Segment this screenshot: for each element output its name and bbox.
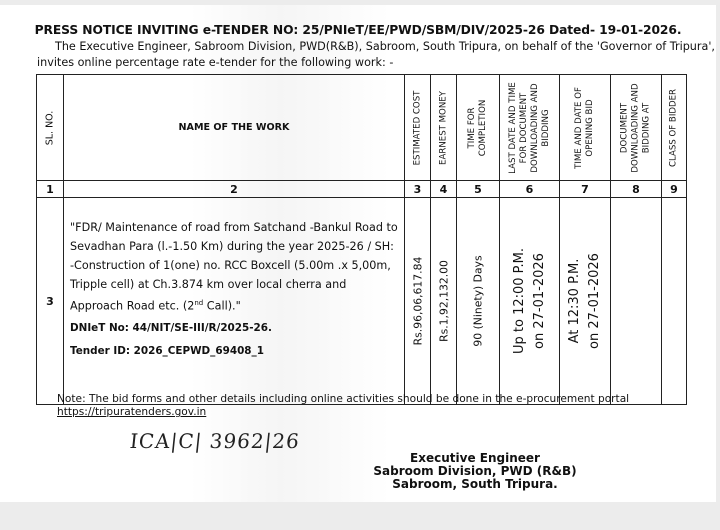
header-line: TIME FOR bbox=[467, 99, 478, 156]
portal-link[interactable]: https://tripuratenders.gov.in bbox=[57, 406, 206, 418]
work-description-tail: Call)." bbox=[203, 300, 241, 313]
header-line: TIME AND DATE OF bbox=[574, 87, 585, 169]
header-line: DOWNLOADING AND bbox=[530, 82, 541, 174]
estimated-cost-value: Rs.96,06,617.84 bbox=[409, 257, 426, 346]
opening-date: on 27-01-2026 bbox=[585, 253, 605, 349]
work-description: "FDR/ Maintenance of road from Satchand … bbox=[70, 218, 398, 316]
column-number: 7 bbox=[560, 181, 611, 198]
note: Note: The bid forms and other details in… bbox=[57, 393, 629, 419]
notice-title: PRESS NOTICE INVITING e-TENDER NO: 25/PN… bbox=[0, 23, 716, 37]
header-opening-bid-text: TIME AND DATE OF OPENING BID bbox=[574, 87, 596, 169]
column-number: 2 bbox=[64, 181, 405, 198]
work-description-cell: "FDR/ Maintenance of road from Satchand … bbox=[64, 198, 405, 405]
signature-block: Executive Engineer Sabroom Division, PWD… bbox=[360, 452, 590, 491]
header-line: BIDDING AT bbox=[642, 83, 653, 172]
intro-line-2: invites online percentage rate e-tender … bbox=[37, 56, 393, 69]
superscript: nd bbox=[194, 299, 203, 307]
dniet-number: DNIeT No: 44/NIT/SE-III/R/2025-26. bbox=[70, 318, 398, 339]
header-row: SL. NO. NAME OF THE WORK ESTIMATED COST … bbox=[37, 75, 687, 181]
header-document-downloading: DOCUMENT DOWNLOADING AND BIDDING AT bbox=[611, 75, 662, 181]
opening-date-cell: At 12:30 P.M. on 27-01-2026 bbox=[560, 198, 611, 405]
header-time-for-completion: TIME FOR COMPLETION bbox=[457, 75, 500, 181]
header-line: OPENING BID bbox=[585, 87, 596, 169]
header-earnest-money-text: EARNEST MONEY bbox=[438, 91, 449, 165]
header-opening-bid: TIME AND DATE OF OPENING BID bbox=[560, 75, 611, 181]
class-of-bidder-cell bbox=[662, 198, 687, 405]
note-text: Note: The bid forms and other details in… bbox=[57, 393, 629, 406]
handwritten-reference: ICA|C| 3962|26 bbox=[129, 429, 301, 453]
estimated-cost-cell: Rs.96,06,617.84 bbox=[405, 198, 431, 405]
header-last-date: LAST DATE AND TIME FOR DOCUMENT DOWNLOAD… bbox=[500, 75, 560, 181]
header-line: LAST DATE AND TIME bbox=[508, 82, 519, 174]
completion-time-cell: 90 (Ninety) Days bbox=[457, 198, 500, 405]
column-number: 6 bbox=[500, 181, 560, 198]
header-line: COMPLETION bbox=[478, 99, 489, 156]
header-line: FOR DOCUMENT bbox=[519, 82, 530, 174]
column-number: 5 bbox=[457, 181, 500, 198]
earnest-money-value: Rs.1,92,132.00 bbox=[435, 260, 452, 342]
header-time-for-completion-text: TIME FOR COMPLETION bbox=[467, 99, 489, 156]
column-number: 3 bbox=[405, 181, 431, 198]
last-date-value: Up to 12:00 P.M. on 27-01-2026 bbox=[510, 248, 550, 354]
last-date-date: on 27-01-2026 bbox=[530, 248, 550, 354]
header-line: DOWNLOADING AND bbox=[631, 83, 642, 172]
sl-no-cell: 3 bbox=[37, 198, 64, 405]
header-estimated-cost: ESTIMATED COST bbox=[405, 75, 431, 181]
column-number: 9 bbox=[662, 181, 687, 198]
column-number: 1 bbox=[37, 181, 64, 198]
tender-id: Tender ID: 2026_CEPWD_69408_1 bbox=[70, 341, 398, 362]
column-number: 4 bbox=[431, 181, 457, 198]
table-row: 3 "FDR/ Maintenance of road from Satchan… bbox=[37, 198, 687, 405]
header-earnest-money: EARNEST MONEY bbox=[431, 75, 457, 181]
header-last-date-text: LAST DATE AND TIME FOR DOCUMENT DOWNLOAD… bbox=[508, 82, 552, 174]
header-sl-no-text: SL. NO. bbox=[45, 110, 56, 145]
last-date-time: Up to 12:00 P.M. bbox=[510, 248, 530, 354]
header-class-of-bidder: CLASS OF BIDDER bbox=[662, 75, 687, 181]
column-number-row: 1 2 3 4 5 6 7 8 9 bbox=[37, 181, 687, 198]
opening-time: At 12:30 P.M. bbox=[565, 253, 585, 349]
last-date-cell: Up to 12:00 P.M. on 27-01-2026 bbox=[500, 198, 560, 405]
header-sl-no: SL. NO. bbox=[37, 75, 64, 181]
document-downloading-cell bbox=[611, 198, 662, 405]
column-number: 8 bbox=[611, 181, 662, 198]
header-line: BIDDING bbox=[541, 82, 552, 174]
completion-time-value: 90 (Ninety) Days bbox=[470, 255, 487, 346]
intro-line-1: The Executive Engineer, Sabroom Division… bbox=[55, 40, 715, 53]
tender-table: SL. NO. NAME OF THE WORK ESTIMATED COST … bbox=[36, 74, 687, 405]
tender-notice-page: PRESS NOTICE INVITING e-TENDER NO: 25/PN… bbox=[0, 5, 716, 502]
header-document-downloading-text: DOCUMENT DOWNLOADING AND BIDDING AT bbox=[620, 83, 653, 172]
header-name-of-work: NAME OF THE WORK bbox=[64, 75, 405, 181]
opening-date-value: At 12:30 P.M. on 27-01-2026 bbox=[565, 253, 605, 349]
header-class-of-bidder-text: CLASS OF BIDDER bbox=[669, 88, 680, 166]
signature-location: Sabroom, South Tripura. bbox=[360, 478, 590, 491]
header-line: DOCUMENT bbox=[620, 83, 631, 172]
header-estimated-cost-text: ESTIMATED COST bbox=[412, 90, 423, 165]
earnest-money-cell: Rs.1,92,132.00 bbox=[431, 198, 457, 405]
